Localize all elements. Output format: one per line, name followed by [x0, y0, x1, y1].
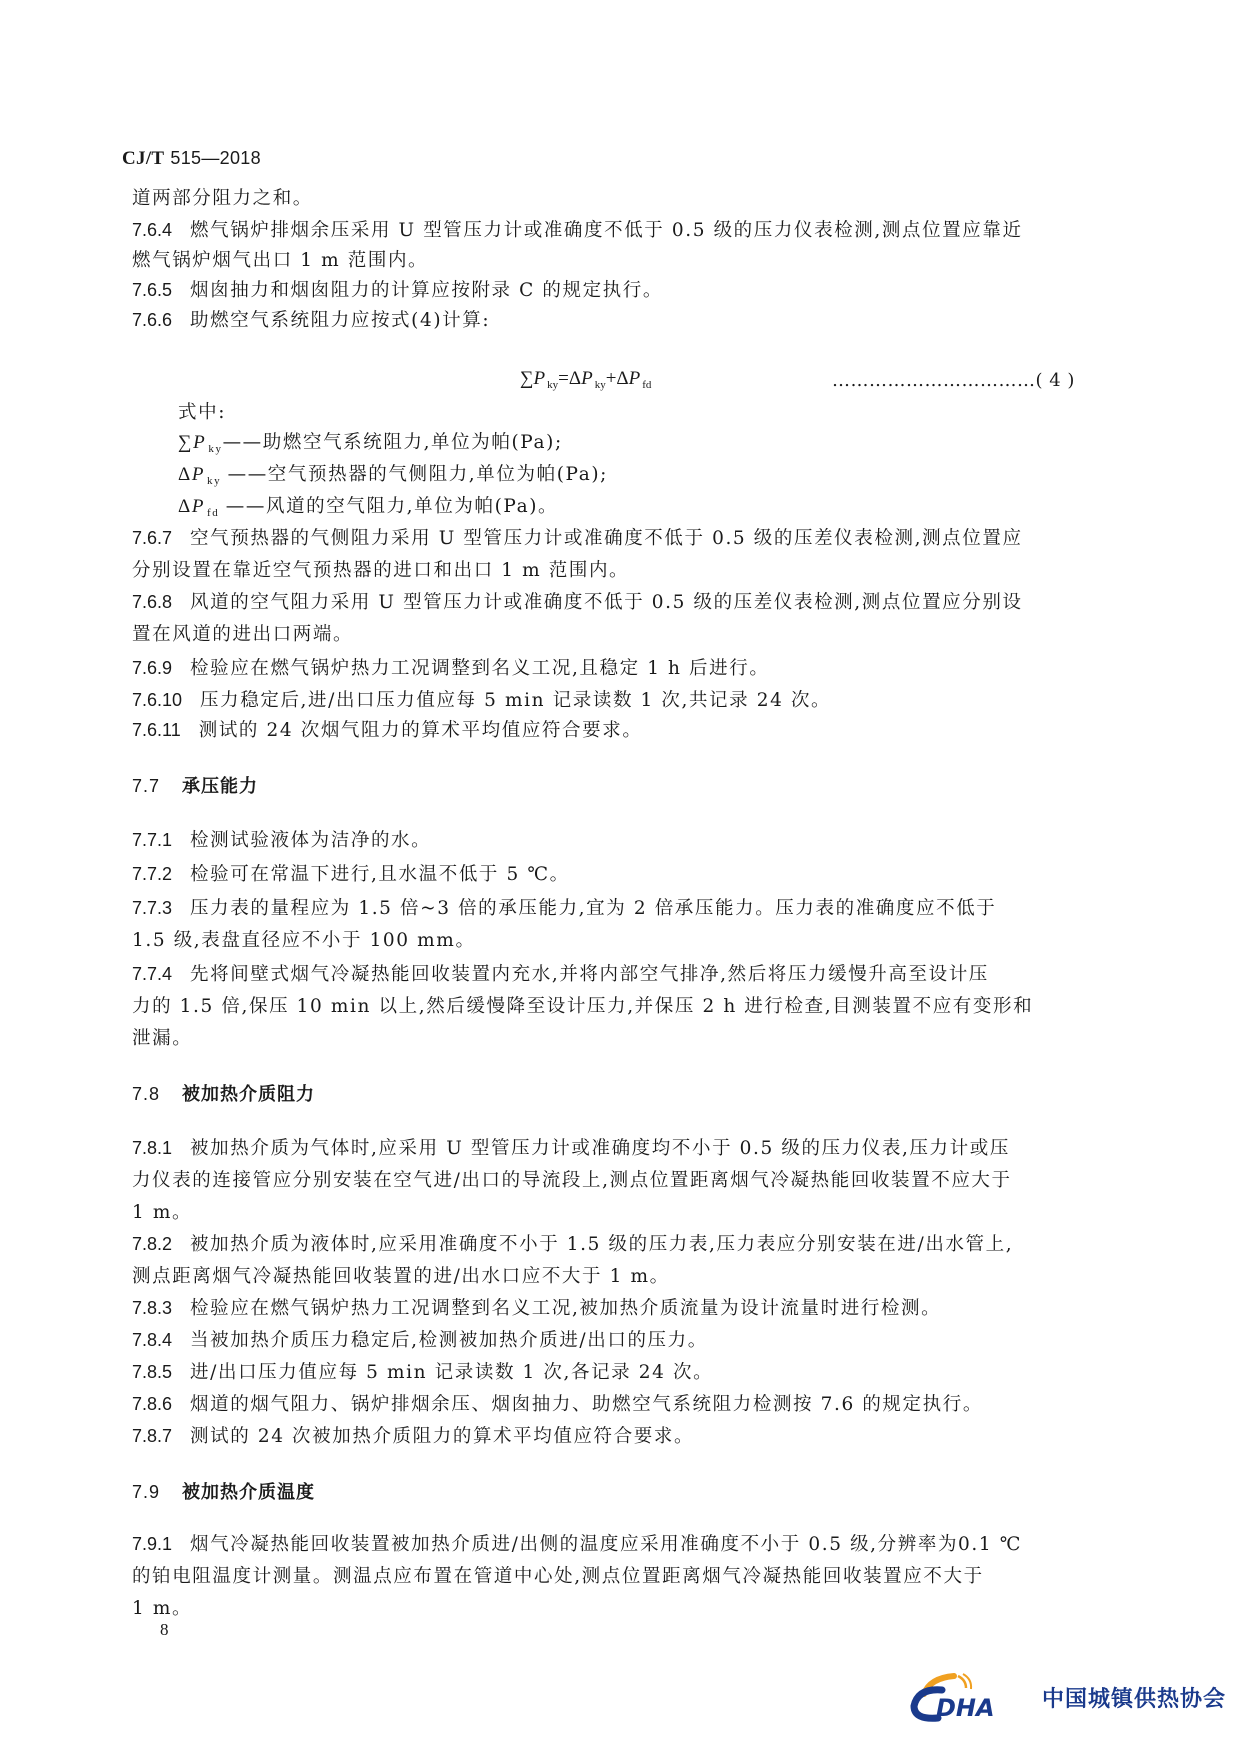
clause-text: 检验可在常温下进行,且水温不低于 5 ℃。: [190, 864, 570, 885]
clause-text: 测试的 24 次烟气阻力的算术平均值应符合要求。: [199, 720, 643, 741]
clause-number: 7.6.9: [132, 658, 172, 678]
definition-text: ——风道的空气阻力,单位为帕(Pa)。: [226, 496, 558, 517]
text-line: 力的 1.5 倍,保压 10 min 以上,然后缓慢降至设计压力,并保压 2 h…: [132, 992, 1033, 1018]
clause-number: 7.8.2: [132, 1234, 172, 1254]
text-line: 道两部分阻力之和。: [132, 184, 313, 210]
section-title: 被加热介质温度: [182, 1482, 315, 1503]
logo-org-name: 中国城镇供热协会: [1042, 1682, 1226, 1713]
subscript: ky: [207, 475, 221, 487]
clause-7-8-3: 7.8.3检验应在燃气锅炉热力工况调整到名义工况,被加热介质流量为设计流量时进行…: [132, 1294, 941, 1320]
section-title: 被加热介质阻力: [182, 1084, 315, 1105]
clause-7-9-1: 7.9.1烟气冷凝热能回收装置被加热介质进/出侧的温度应采用准确度不小于 0.5…: [132, 1530, 1022, 1556]
standard-code: CJ/T 515—2018: [122, 148, 261, 170]
symbol: ΔPfd: [178, 496, 226, 517]
clause-text: 进/出口压力值应每 5 min 记录读数 1 次,各记录 24 次。: [190, 1362, 713, 1383]
clause-text: 被加热介质为液体时,应采用准确度不小于 1.5 级的压力表,压力表应分别安装在进…: [190, 1234, 1013, 1255]
delta-symbol: Δ: [569, 368, 581, 389]
clause-number: 7.8.7: [132, 1426, 172, 1446]
clause-text: 燃气锅炉排烟余压采用 U 型管压力计或准确度不低于 0.5 级的压力仪表检测,测…: [190, 220, 1023, 241]
clause-7-7-1: 7.7.1检测试验液体为洁净的水。: [132, 826, 431, 852]
var-p: P: [193, 432, 206, 453]
clause-number: 7.8.6: [132, 1394, 172, 1414]
plus-sign: +: [606, 368, 617, 389]
var-p: P: [534, 368, 546, 389]
clause-number: 7.8.4: [132, 1330, 172, 1350]
section-number: 7.7: [132, 776, 160, 796]
text-line: 力仪表的连接管应分别安装在空气进/出口的导流段上,测点位置距离烟气冷凝热能回收装…: [132, 1166, 1012, 1192]
formula-4: ∑Pky=ΔPky+ΔPfd: [520, 368, 651, 391]
clause-text: 空气预热器的气侧阻力采用 U 型管压力计或准确度不低于 0.5 级的压差仪表检测…: [190, 528, 1023, 549]
clause-number: 7.7.3: [132, 898, 172, 918]
clause-number: 7.8.1: [132, 1138, 172, 1158]
clause-7-8-2: 7.8.2被加热介质为液体时,应采用准确度不小于 1.5 级的压力表,压力表应分…: [132, 1230, 1013, 1256]
var-p: P: [192, 496, 205, 517]
subscript: fd: [642, 379, 651, 391]
clause-7-8-4: 7.8.4当被加热介质压力稳定后,检测被加热介质进/出口的压力。: [132, 1326, 708, 1352]
clause-number: 7.6.5: [132, 280, 172, 300]
clause-text: 压力表的量程应为 1.5 倍~3 倍的承压能力,宜为 2 倍承压能力。压力表的准…: [190, 898, 996, 919]
clause-text: 检验应在燃气锅炉热力工况调整到名义工况,被加热介质流量为设计流量时进行检测。: [190, 1298, 941, 1319]
clause-number: 7.7.4: [132, 964, 172, 984]
subscript: ky: [595, 379, 606, 391]
definition-2: ΔPky ——空气预热器的气侧阻力,单位为帕(Pa);: [178, 460, 608, 487]
clause-7-6-5: 7.6.5烟囱抽力和烟囱阻力的计算应按附录 C 的规定执行。: [132, 276, 663, 302]
clause-7-6-6: 7.6.6助燃空气系统阻力应按式(4)计算:: [132, 306, 490, 332]
clause-number: 7.6.11: [132, 720, 181, 740]
var-p: P: [192, 464, 205, 485]
clause-7-6-7: 7.6.7空气预热器的气侧阻力采用 U 型管压力计或准确度不低于 0.5 级的压…: [132, 524, 1023, 550]
definition-3: ΔPfd ——风道的空气阻力,单位为帕(Pa)。: [178, 492, 558, 519]
text-line: 燃气锅炉烟气出口 1 m 范围内。: [132, 246, 428, 272]
var-p: P: [581, 368, 593, 389]
text-line: 1.5 级,表盘直径应不小于 100 mm。: [132, 926, 476, 952]
clause-number: 7.6.10: [132, 690, 182, 710]
clause-7-7-2: 7.7.2检验可在常温下进行,且水温不低于 5 ℃。: [132, 860, 570, 886]
text-line: 的铂电阻温度计测量。测温点应布置在管道中心处,测点位置距离烟气冷凝热能回收装置应…: [132, 1562, 984, 1588]
clause-text: 测试的 24 次被加热介质阻力的算术平均值应符合要求。: [190, 1426, 694, 1447]
logo-abbr: DHA: [936, 1694, 995, 1722]
text-line: 分别设置在靠近空气预热器的进口和出口 1 m 范围内。: [132, 556, 629, 582]
section-heading-7-7: 7.7承压能力: [132, 772, 258, 798]
clause-7-8-7: 7.8.7测试的 24 次被加热介质阻力的算术平均值应符合要求。: [132, 1422, 694, 1448]
text-line: 1 m。: [132, 1198, 192, 1224]
clause-text: 烟道的烟气阻力、锅炉排烟余压、烟囱抽力、助燃空气系统阻力检测按 7.6 的规定执…: [190, 1394, 983, 1415]
var-p: P: [629, 368, 641, 389]
clause-number: 7.6.8: [132, 592, 172, 612]
symbol: ΔPky: [178, 464, 228, 485]
clause-number: 7.6.6: [132, 310, 172, 330]
clause-text: 烟囱抽力和烟囱阻力的计算应按附录 C 的规定执行。: [190, 280, 663, 301]
clause-number: 7.6.4: [132, 220, 172, 240]
clause-number: 7.6.7: [132, 528, 172, 548]
equals-sign: =: [558, 368, 569, 389]
clause-7-6-9: 7.6.9检验应在燃气锅炉热力工况调整到名义工况,且稳定 1 h 后进行。: [132, 654, 769, 680]
clause-text: 被加热介质为气体时,应采用 U 型管压力计或准确度均不小于 0.5 级的压力仪表…: [190, 1138, 1010, 1159]
clause-text: 风道的空气阻力采用 U 型管压力计或准确度不低于 0.5 级的压差仪表检测,测点…: [190, 592, 1023, 613]
section-heading-7-8: 7.8被加热介质阻力: [132, 1080, 315, 1106]
standard-code-number: 515—2018: [170, 148, 260, 168]
clause-text: 先将间壁式烟气冷凝热能回收装置内充水,并将内部空气排净,然后将压力缓慢升高至设计…: [190, 964, 989, 985]
clause-number: 7.8.5: [132, 1362, 172, 1382]
section-heading-7-9: 7.9被加热介质温度: [132, 1478, 315, 1504]
cdha-logo: DHA 中国城镇供热协会: [900, 1672, 1230, 1722]
definition-text: ——空气预热器的气侧阻力,单位为帕(Pa);: [228, 464, 608, 485]
clause-number: 7.7.2: [132, 864, 172, 884]
clause-text: 烟气冷凝热能回收装置被加热介质进/出侧的温度应采用准确度不小于 0.5 级,分辨…: [190, 1534, 1022, 1555]
clause-number: 7.7.1: [132, 830, 172, 850]
clause-7-8-5: 7.8.5进/出口压力值应每 5 min 记录读数 1 次,各记录 24 次。: [132, 1358, 713, 1384]
equation-number: ……………………………( 4 ): [832, 370, 1075, 391]
delta-symbol: Δ: [178, 496, 192, 517]
clause-7-6-10: 7.6.10压力稳定后,进/出口压力值应每 5 min 记录读数 1 次,共记录…: [132, 686, 831, 712]
clause-7-7-4: 7.7.4先将间壁式烟气冷凝热能回收装置内充水,并将内部空气排净,然后将压力缓慢…: [132, 960, 989, 986]
sigma-symbol: ∑: [178, 432, 193, 453]
where-label: 式中:: [178, 398, 226, 424]
definition-1: ∑Pky——助燃空气系统阻力,单位为帕(Pa);: [178, 428, 563, 455]
clause-7-7-3: 7.7.3压力表的量程应为 1.5 倍~3 倍的承压能力,宜为 2 倍承压能力。…: [132, 894, 996, 920]
definition-text: ——助燃空气系统阻力,单位为帕(Pa);: [223, 432, 563, 453]
clause-number: 7.9.1: [132, 1534, 172, 1554]
text-line: 泄漏。: [132, 1024, 192, 1050]
subscript: fd: [207, 507, 219, 519]
clause-7-8-1: 7.8.1被加热介质为气体时,应采用 U 型管压力计或准确度均不小于 0.5 级…: [132, 1134, 1010, 1160]
standard-code-prefix: CJ/T: [122, 148, 164, 169]
text-line: 置在风道的进出口两端。: [132, 620, 353, 646]
text-line: 1 m。: [132, 1594, 192, 1620]
section-number: 7.8: [132, 1084, 160, 1104]
symbol: ∑Pky: [178, 432, 223, 453]
clause-text: 压力稳定后,进/出口压力值应每 5 min 记录读数 1 次,共记录 24 次。: [200, 690, 831, 711]
delta-symbol: Δ: [178, 464, 192, 485]
cdha-logo-icon: DHA: [900, 1672, 1040, 1722]
sigma-symbol: ∑: [520, 368, 534, 389]
clause-7-6-11: 7.6.11测试的 24 次烟气阻力的算术平均值应符合要求。: [132, 716, 642, 742]
section-number: 7.9: [132, 1482, 160, 1502]
clause-number: 7.8.3: [132, 1298, 172, 1318]
clause-text: 助燃空气系统阻力应按式(4)计算:: [190, 310, 490, 331]
page-number: 8: [160, 1620, 169, 1640]
subscript: ky: [547, 379, 558, 391]
clause-text: 检验应在燃气锅炉热力工况调整到名义工况,且稳定 1 h 后进行。: [190, 658, 769, 679]
clause-text: 检测试验液体为洁净的水。: [190, 830, 431, 851]
clause-7-8-6: 7.8.6烟道的烟气阻力、锅炉排烟余压、烟囱抽力、助燃空气系统阻力检测按 7.6…: [132, 1390, 983, 1416]
clause-7-6-4: 7.6.4燃气锅炉排烟余压采用 U 型管压力计或准确度不低于 0.5 级的压力仪…: [132, 216, 1023, 242]
document-page: CJ/T 515—2018 道两部分阻力之和。 7.6.4燃气锅炉排烟余压采用 …: [0, 0, 1241, 1754]
subscript: ky: [208, 443, 222, 455]
section-title: 承压能力: [182, 776, 258, 797]
text-line: 测点距离烟气冷凝热能回收装置的进/出水口应不大于 1 m。: [132, 1262, 670, 1288]
clause-text: 当被加热介质压力稳定后,检测被加热介质进/出口的压力。: [190, 1330, 708, 1351]
delta-symbol: Δ: [616, 368, 628, 389]
clause-7-6-8: 7.6.8风道的空气阻力采用 U 型管压力计或准确度不低于 0.5 级的压差仪表…: [132, 588, 1023, 614]
